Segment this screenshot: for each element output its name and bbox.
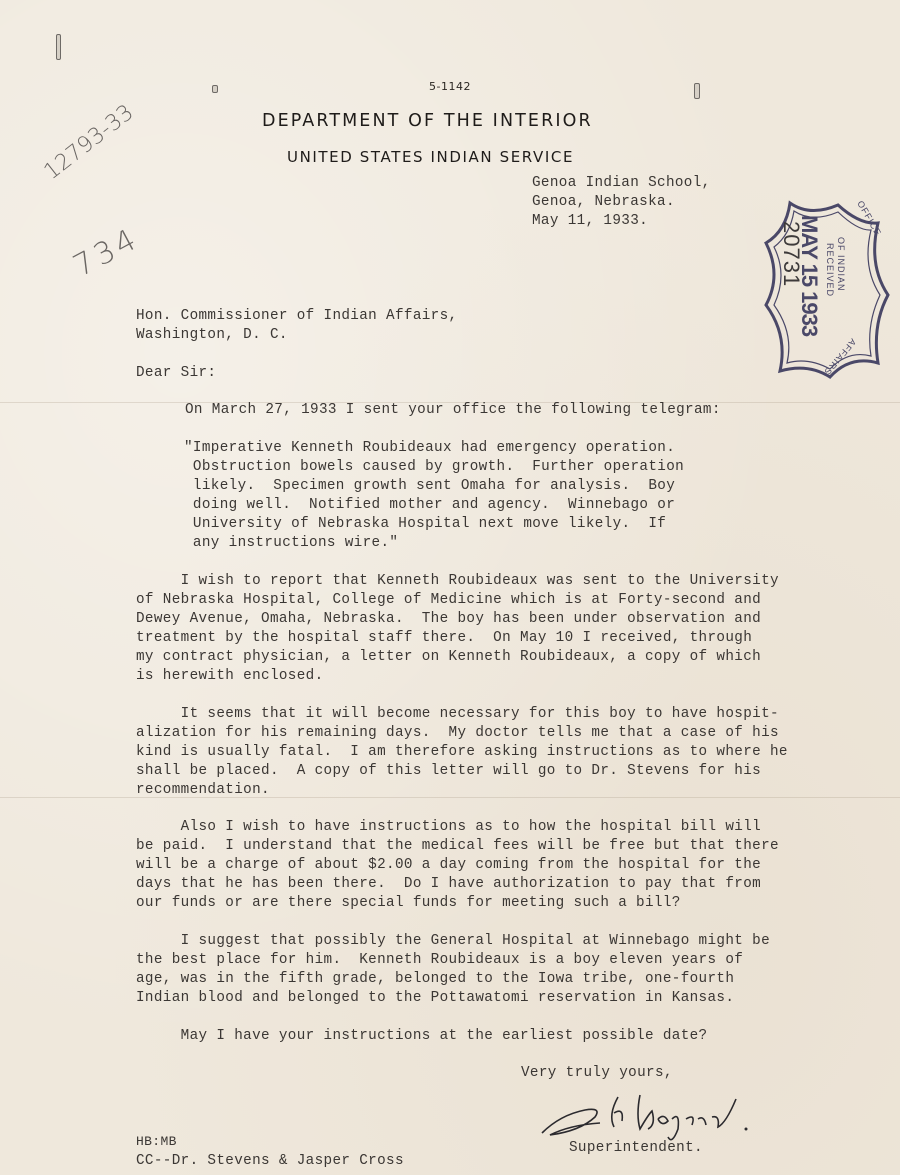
body-line: shall be placed. A copy of this letter w… [136, 762, 761, 781]
salutation: Dear Sir: [136, 364, 216, 383]
body-line: It seems that it will become necessary f… [136, 705, 779, 724]
body-line: Also I wish to have instructions as to h… [136, 818, 761, 837]
staple-mark [56, 34, 61, 60]
body-line: I wish to report that Kenneth Roubideaux… [136, 572, 779, 591]
body-line: I suggest that possibly the General Hosp… [136, 932, 770, 951]
typist-initials: HB:MB [136, 1133, 177, 1152]
paragraph-intro: On March 27, 1933 I sent your office the… [185, 401, 721, 420]
recipient-line: Hon. Commissioner of Indian Affairs, [136, 307, 457, 326]
service-heading: UNITED STATES INDIAN SERVICE [287, 148, 574, 166]
body-line: recommendation. [136, 781, 270, 800]
address-line: Genoa, Nebraska. [532, 193, 675, 212]
body-line: alization for his remaining days. My doc… [136, 724, 779, 743]
paragraph-request: May I have your instructions at the earl… [136, 1027, 708, 1046]
body-line: is herewith enclosed. [136, 667, 324, 686]
received-stamp: MAY 15 1933 20731 RECEIVED OF INDIAN OFF… [760, 195, 895, 385]
signature-icon [540, 1085, 780, 1145]
telegram-line: Obstruction bowels caused by growth. Fur… [184, 458, 684, 477]
body-line: be paid. I understand that the medical f… [136, 837, 779, 856]
complimentary-close: Very truly yours, [521, 1064, 673, 1083]
body-line: treatment by the hospital staff there. O… [136, 629, 752, 648]
form-number: 5-1142 [0, 80, 900, 93]
handwritten-number: 734 [68, 221, 146, 284]
body-line: age, was in the fifth grade, belonged to… [136, 970, 734, 989]
telegram-line: "Imperative Kenneth Roubideaux had emerg… [184, 439, 675, 458]
letter-date: May 11, 1933. [532, 212, 648, 231]
svg-text:OF INDIAN: OF INDIAN [836, 237, 846, 292]
body-line: kind is usually fatal. I am therefore as… [136, 743, 788, 762]
recipient-line: Washington, D. C. [136, 326, 288, 345]
telegram-line: likely. Specimen growth sent Omaha for a… [184, 477, 675, 496]
body-line: the best place for him. Kenneth Roubidea… [136, 951, 743, 970]
telegram-line: any instructions wire." [184, 534, 398, 553]
address-line: Genoa Indian School, [532, 174, 711, 193]
svg-text:RECEIVED: RECEIVED [825, 243, 835, 297]
body-line: days that he has been there. Do I have a… [136, 875, 761, 894]
department-heading: DEPARTMENT OF THE INTERIOR [262, 111, 593, 131]
signature [540, 1085, 780, 1145]
body-line: our funds or are there special funds for… [136, 894, 681, 913]
stamp-number: 20731 [779, 221, 804, 287]
body-line: Indian blood and belonged to the Pottawa… [136, 989, 734, 1008]
body-line: Dewey Avenue, Omaha, Nebraska. The boy h… [136, 610, 761, 629]
stamp-border-icon: MAY 15 1933 20731 RECEIVED OF INDIAN OFF… [760, 195, 895, 385]
fold-line [0, 797, 900, 798]
svg-text:AFFAIRS: AFFAIRS [822, 337, 858, 378]
carbon-copy-line: CC--Dr. Stevens & Jasper Cross [136, 1152, 404, 1171]
body-line: of Nebraska Hospital, College of Medicin… [136, 591, 761, 610]
body-line: my contract physician, a letter on Kenne… [136, 648, 761, 667]
signer-title: Superintendent. [569, 1139, 703, 1158]
telegram-line: University of Nebraska Hospital next mov… [184, 515, 666, 534]
handwritten-file-number: 12793-33 [40, 100, 139, 185]
body-line: will be a charge of about $2.00 a day co… [136, 856, 761, 875]
telegram-line: doing well. Notified mother and agency. … [184, 496, 675, 515]
